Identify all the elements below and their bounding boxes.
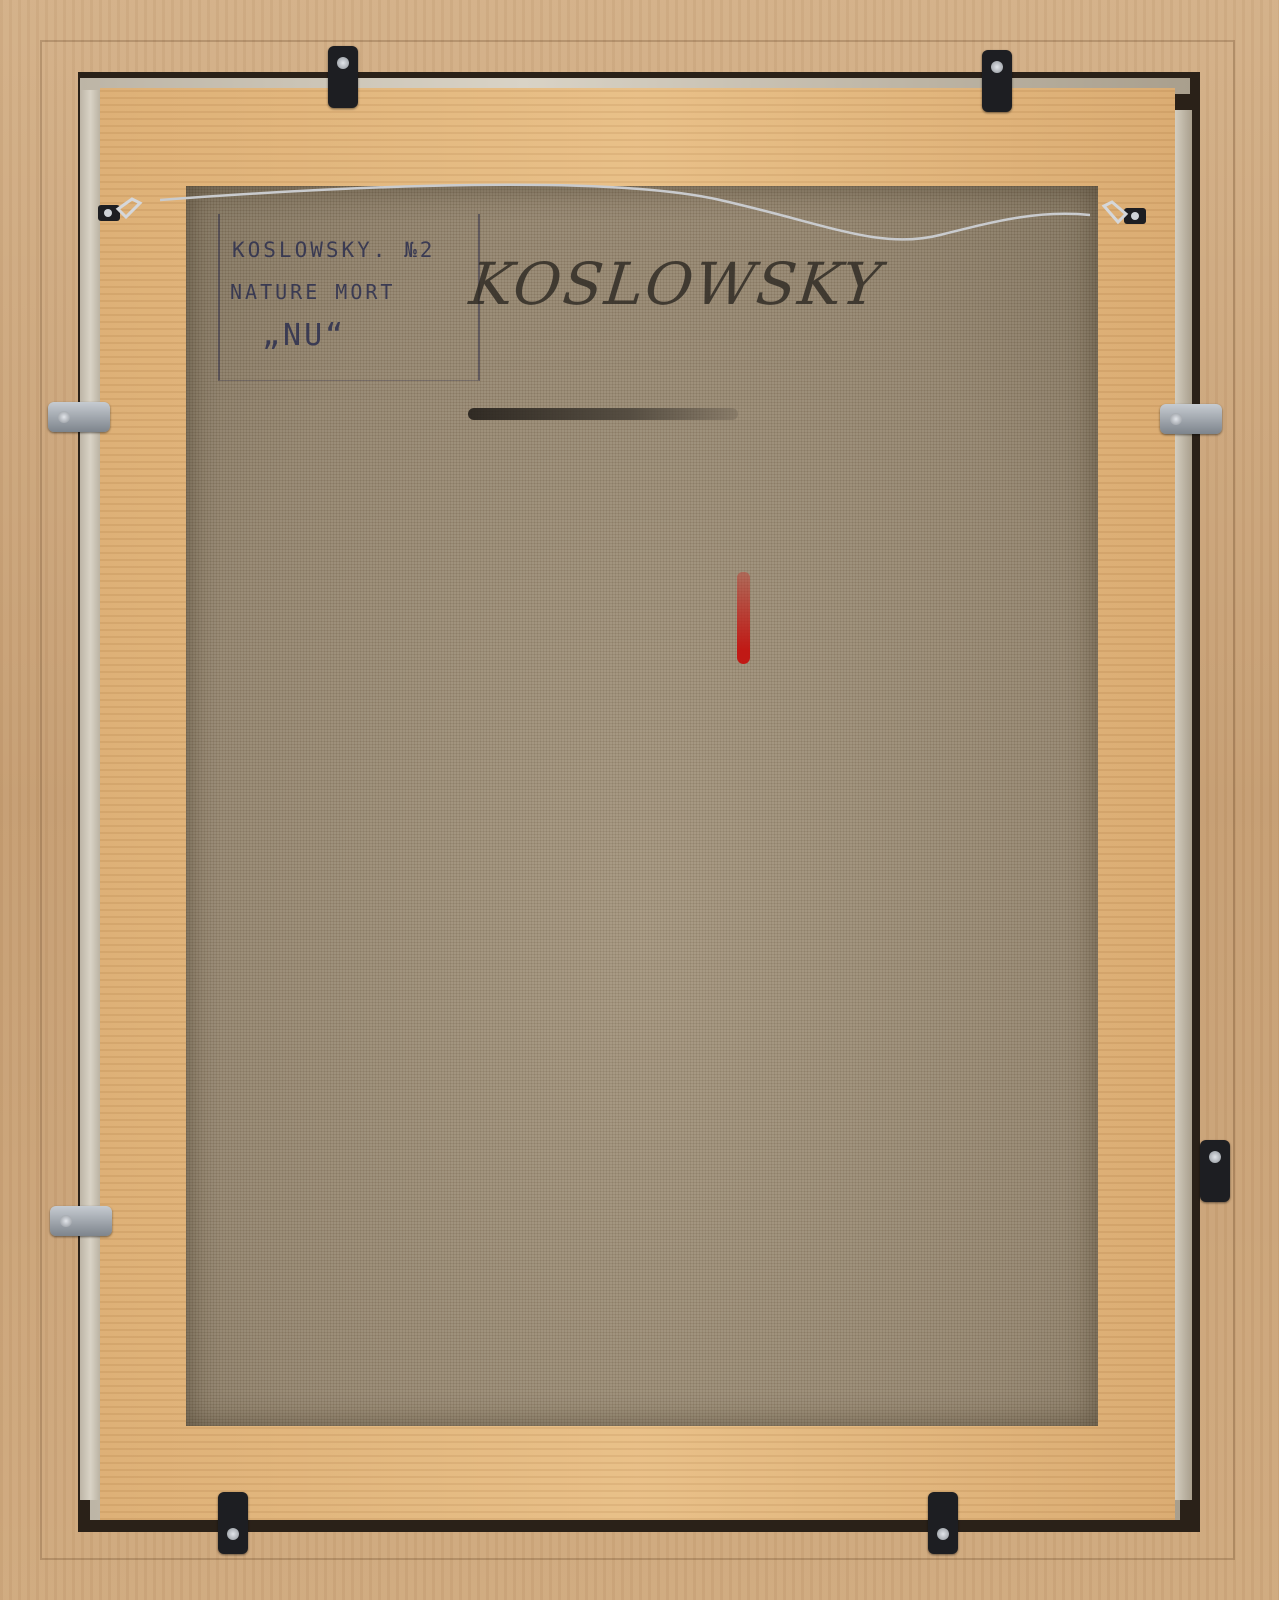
red-paint-mark — [737, 572, 750, 664]
inscription-line-3: „NU“ — [262, 318, 346, 353]
black-brush-stroke — [468, 408, 738, 420]
top-right-clip-icon — [982, 50, 1012, 112]
inscription-line-2: NATURE MORT — [230, 280, 395, 304]
right-lower-clip-icon — [1200, 1140, 1230, 1202]
top-left-clip-icon — [328, 46, 358, 108]
bottom-right-clip-icon — [928, 1492, 958, 1554]
left-lower-clip-icon — [50, 1206, 112, 1236]
hanging-wire — [160, 180, 1090, 250]
artist-signature: KOSLOWSKY — [466, 250, 886, 318]
left-upper-clip-icon — [48, 402, 110, 432]
right-upper-clip-icon — [1160, 404, 1222, 434]
left-d-ring-hanger-icon — [96, 195, 144, 225]
right-d-ring-hanger-icon — [1100, 200, 1148, 230]
bottom-left-clip-icon — [218, 1492, 248, 1554]
